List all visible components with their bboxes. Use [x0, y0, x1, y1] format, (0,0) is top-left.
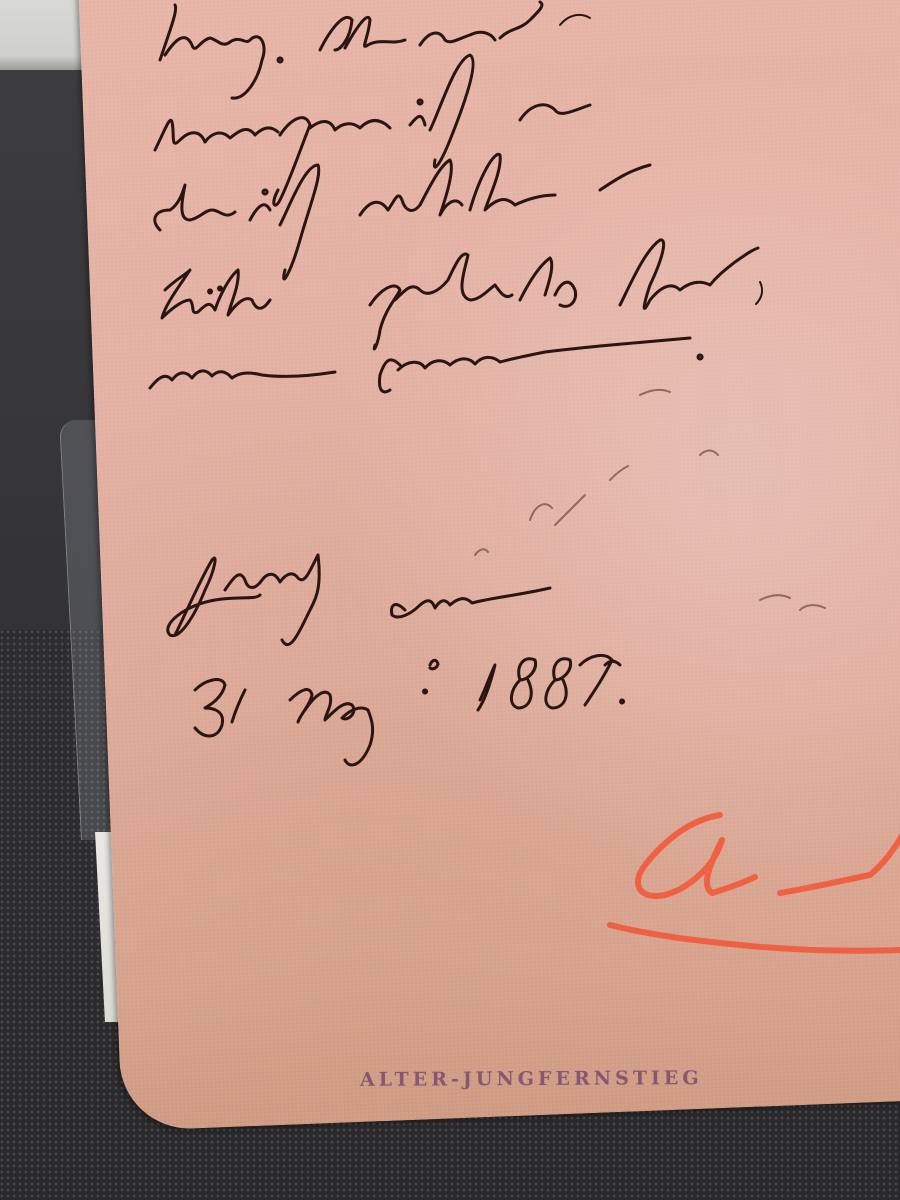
handwriting-line-5	[150, 338, 702, 392]
handwriting-ink	[0, 0, 900, 1200]
handwriting-line-2	[155, 55, 590, 205]
handwriting-line-1	[160, 2, 590, 98]
photographer-stamp: ALTER-JUNGFERNSTIEG	[360, 1067, 703, 1091]
handwriting-line-3	[155, 154, 650, 279]
handwriting-place-date	[168, 555, 624, 765]
red-crayon-signature	[610, 815, 900, 951]
faded-ink-marks	[475, 390, 825, 610]
handwriting-line-4	[162, 240, 762, 349]
